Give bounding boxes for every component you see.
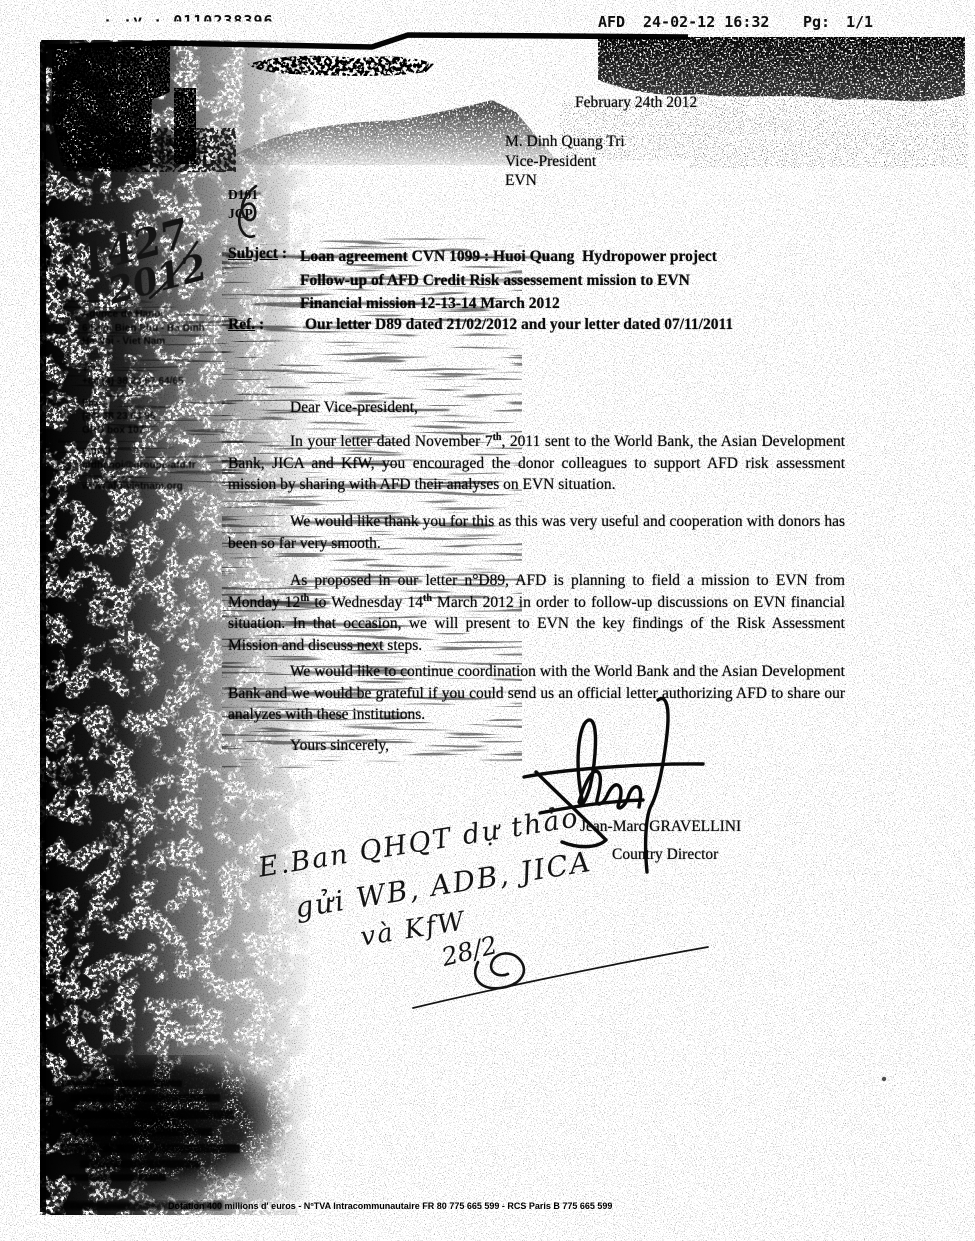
recipient-company: EVN [505, 171, 625, 191]
subject-label: Subject : [228, 245, 287, 263]
paragraph-1-text: In your letter dated November 7 [290, 433, 493, 450]
recipient-title: Vice-President [505, 152, 625, 172]
letter-date: February 24th 2012 [575, 94, 697, 112]
note-line-1: E.Ban QHQT dự thảo [255, 801, 581, 884]
routing-codes: D101 JCP [228, 185, 258, 223]
ref-colon: : [255, 316, 264, 333]
agency-name: Agence de Hanoi [82, 308, 234, 322]
agency-email-label: e-mail : [82, 445, 234, 459]
agency-email: afdhanoi@groupe-afd.fr [82, 459, 234, 473]
subject-colon: : [278, 245, 287, 262]
ordinal-superscript: th [423, 592, 432, 603]
fax-page-number: 1/1 [846, 13, 873, 31]
routing-code-1: D101 [228, 185, 258, 204]
recipient-block: M. Dinh Quang Tri Vice-President EVN [505, 132, 625, 191]
salutation: Dear Vice-president, [290, 399, 418, 417]
afd-logo-line1: AGENCE FRANÇAISE [80, 136, 240, 150]
handwritten-registry-number: 1427 2012 [74, 208, 211, 318]
paragraph-3: As proposed in our letter n°D89, AFD is … [228, 570, 845, 656]
fax-station-id: · ·y · 0110238396 [103, 12, 274, 30]
agency-tel-label: Tel : [82, 362, 234, 376]
ordinal-superscript: th [300, 592, 309, 603]
agency-street: 6 Dien Bien Phu - Ba Dinh [82, 322, 234, 336]
note-line-3: và KfW [358, 906, 468, 952]
fax-page-label: Pg: [803, 13, 830, 31]
paragraph-1: In your letter dated November 7th, 2011 … [228, 431, 845, 496]
agency-city: Ha Noi - Viet Nam [82, 335, 234, 349]
paragraph-2: We would like thank you for this as this… [228, 511, 845, 554]
ref-text: Our letter D89 dated 21/02/2012 and your… [305, 316, 850, 334]
footer-text: Dotation 400 millions d' euros - N°TVA I… [168, 1201, 612, 1211]
afd-logo-line2: DE DÉVELOPPEMENT [80, 150, 240, 164]
closing: Yours sincerely, [290, 737, 389, 755]
agency-box: GPO box 107 [82, 424, 234, 438]
footer-prefix: Etablissement public - [70, 1201, 168, 1211]
subject-lines: Loan agreement CVN 1099 : Huoi Quang Hyd… [300, 245, 852, 316]
recipient-name: M. Dinh Quang Tri [505, 132, 625, 152]
fax-sender-label: AFD [598, 13, 625, 31]
paragraph-4: We would like to continue coordination w… [228, 661, 845, 726]
registry-number-bottom: 2012 [103, 246, 212, 313]
bottom-left-noise-block [40, 1055, 295, 1210]
ref-label: Ref. : [228, 316, 264, 334]
fax-timestamp: 24-02-12 16:32 [643, 13, 769, 31]
signer-title: Country Director [612, 846, 718, 864]
ref-label-text: Ref. [228, 316, 255, 333]
signer-name: Jean-Marc GRAVELLINI [580, 818, 741, 836]
stray-dot [882, 1077, 886, 1081]
date-mark-text: 28/2 [438, 930, 500, 972]
handwritten-note: E.Ban QHQT dự thảo gửi WB, ADB, JICA và … [255, 800, 600, 966]
agency-tel: +84 (4) 38 23 67 64/65 [82, 375, 234, 389]
routing-code-2: JCP [228, 204, 258, 223]
subject-label-text: Subject [228, 245, 278, 262]
agency-fax: (84) 38 23 63 96 [82, 410, 234, 424]
ordinal-superscript: th [493, 432, 502, 443]
handwritten-date-mark: 28/2 [413, 930, 708, 1008]
footer-fine-print: Etablissement public - Dotation 400 mill… [70, 1201, 670, 1211]
registry-number-top: 1427 [74, 210, 194, 284]
scanned-letter-page: · ·y · 0110238396 AFD 24-02-12 16:32 Pg:… [0, 0, 975, 1241]
note-line-2: gửi WB, ADB, JICA [293, 845, 594, 925]
paragraph-3-text-mid: to Wednesday 14 [309, 594, 423, 611]
agency-website: www.afd-vietnam.org [82, 480, 234, 494]
afd-logo-text: AGENCE FRANÇAISE DE DÉVELOPPEMENT [80, 136, 240, 164]
agency-fax-label: Fax : [82, 397, 234, 411]
agency-address-block: Agence de Hanoi 6 Dien Bien Phu - Ba Din… [82, 308, 234, 494]
